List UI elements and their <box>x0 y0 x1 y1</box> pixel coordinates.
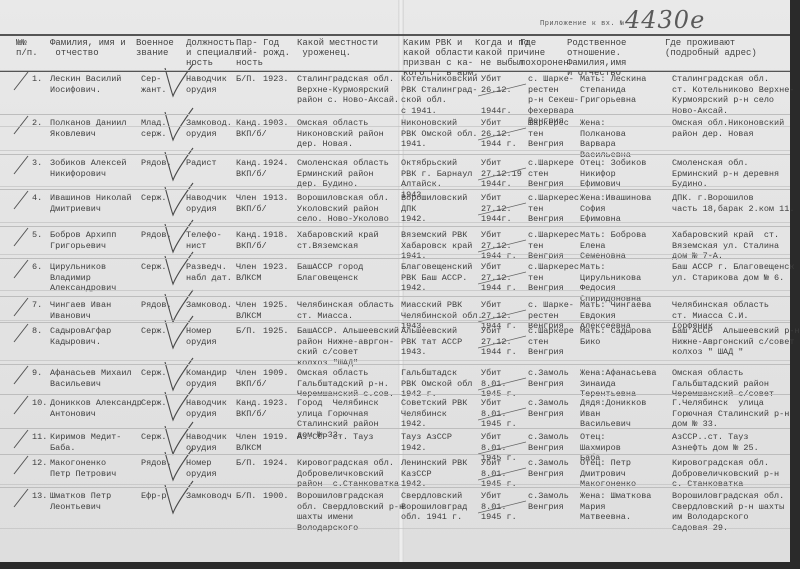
cell-birthplace: Омская область Никоновский район дер. Но… <box>297 118 384 150</box>
cell-year: 1918. <box>263 230 289 241</box>
tally-mark-icon <box>12 296 30 318</box>
cell-party: Б/П. <box>236 458 256 469</box>
cell-name: Афанасьев Михаил Васильевич <box>50 368 132 389</box>
cell-rvk: Свердловский Ворошиловград обл. 1941 г. <box>401 491 467 523</box>
column-header: Пар- тий- ность <box>236 38 263 68</box>
row-rule <box>0 296 790 297</box>
strike-mark-icon <box>478 306 528 326</box>
cell-birthplace: Смоленская область Ерминский район дер. … <box>297 158 389 190</box>
strike-mark-icon <box>478 404 528 424</box>
cell-birthplace: Ворошиловская обл. Уколовский район село… <box>297 193 389 225</box>
cell-name: Ивашинов Николай Дмитриевич <box>50 193 132 214</box>
cell-year: 1923. <box>263 398 289 409</box>
column-header: Каким РВК и какой области призван с ка- … <box>403 38 479 78</box>
cell-birthplace: БашАССР. Альшеевский район Нижне-авргон-… <box>297 326 399 368</box>
cell-relative: Жена:Ивашинова София Ефимовна <box>580 193 651 225</box>
cell-relative: Мать: Цирульникова Федосия Спиридоновна <box>580 262 641 304</box>
cell-name: СадыровАгфар Кадырович. <box>50 326 111 347</box>
cell-address: Баш АССР Альшеевский р-н Нижне-Авргонски… <box>672 326 800 358</box>
cell-name: Полканов Даниил Яковлевич <box>50 118 127 139</box>
cell-n: 1. <box>32 74 42 85</box>
strike-mark-icon <box>478 464 528 484</box>
cell-year: 1900. <box>263 491 289 502</box>
ruled-line <box>0 222 790 223</box>
cell-burial: Шаркерес тен Венгрия <box>528 118 569 150</box>
ruled-line <box>0 454 790 455</box>
ruled-line <box>0 484 790 485</box>
cell-n: 9. <box>32 368 42 379</box>
cell-address: Сталинградская обл. ст. Котельниково Вер… <box>672 74 794 116</box>
cell-rvk: Ворошиловский ДПК 1942. <box>401 193 467 225</box>
cell-burial: с.Замоль Венгрия <box>528 368 569 389</box>
tally-mark-icon <box>12 226 30 248</box>
tally-mark-icon <box>12 454 30 476</box>
cell-n: 4. <box>32 193 42 204</box>
cell-n: 5. <box>32 230 42 241</box>
ruled-line <box>0 320 790 321</box>
strike-mark-icon <box>478 236 528 256</box>
cell-burial: с.Замоль Венгрия <box>528 491 569 512</box>
column-header: №№ п/п. <box>16 38 38 58</box>
tally-mark-icon <box>12 428 30 450</box>
strike-mark-icon <box>478 497 528 517</box>
ruled-line <box>0 254 790 255</box>
cell-n: 8. <box>32 326 42 337</box>
cell-relative: Мать: Садырова Бико <box>580 326 651 347</box>
row-rule <box>0 70 790 71</box>
cell-name: Цирульников Владимир Александрович <box>50 262 116 294</box>
ruled-line <box>0 360 790 361</box>
tally-mark-icon <box>12 394 30 416</box>
cell-birthplace: БашАССР город Благовещенск <box>297 262 363 283</box>
row-rule <box>0 154 790 155</box>
cell-rvk: Тауз АзССР 1942. <box>401 432 452 453</box>
tally-mark-icon <box>12 322 30 344</box>
cell-relative: Отец: Зобиков Никифор Ефимович <box>580 158 646 190</box>
cell-rvk: Благовещенский РВК Баш АССР. 1942. <box>401 262 472 294</box>
cell-relative: Мать: Боброва Елена Семеновна <box>580 230 646 262</box>
row-rule <box>0 364 790 365</box>
row-rule <box>0 322 790 323</box>
cell-burial: с.Шаркерес тен Венгрия <box>528 230 579 262</box>
cell-address: Г.Челябинск улица Горючная Сталинский р-… <box>672 398 789 430</box>
ruled-line <box>0 126 790 127</box>
tally-mark-icon <box>12 487 30 509</box>
strike-mark-icon <box>478 164 528 184</box>
cell-burial: с.Замоль Венгрия <box>528 432 569 453</box>
column-header: Где похоронен <box>520 38 569 68</box>
column-header: Фамилия, имя и отчество <box>50 38 126 58</box>
tally-mark-icon <box>12 189 30 211</box>
cell-name: Зобиков Алексей Никифорович <box>50 158 127 179</box>
cell-name: Чингаев Иван Иванович <box>50 300 111 321</box>
stamp-number: 4430е <box>625 6 705 34</box>
cell-name: Доникков Александр Антонович <box>50 398 142 419</box>
cell-rvk: Никоновский РВК Омской обл. 1941. <box>401 118 478 150</box>
cell-birthplace: Аз.ССР ст. Тауз <box>297 432 374 443</box>
strike-mark-icon <box>478 438 528 458</box>
row-rule <box>0 114 790 115</box>
tally-mark-icon <box>12 364 30 386</box>
cell-n: 6. <box>32 262 42 273</box>
cell-name: Шматков Петр Леонтьевич <box>50 491 111 512</box>
cell-party: Б/П. <box>236 326 256 337</box>
cell-party: Член ВЛКСМ <box>236 262 262 283</box>
cell-n: 11. <box>32 432 47 443</box>
document-sheet: Приложение к вх. № 4430е №№ п/п.Фамилия,… <box>0 0 790 562</box>
cell-name: Бобров Архипп Григорьевич <box>50 230 116 251</box>
cell-name: Киримов Медит- Баба. <box>50 432 121 453</box>
cell-rvk: Котельниковский РВК Сталинград- ской обл… <box>401 74 478 116</box>
row-rule <box>0 226 790 227</box>
tally-mark-icon <box>12 70 30 92</box>
cell-party: Член ВЛКСМ <box>236 432 262 453</box>
cell-burial: с.Шаркере стен Венгрия <box>528 158 574 190</box>
cell-party: Член ВЛКСМ <box>236 300 262 321</box>
cell-n: 12. <box>32 458 47 469</box>
ruled-line <box>0 150 790 151</box>
cell-address: Ворошиловградская обл. Свердловский р-н … <box>672 491 784 533</box>
strike-mark-icon <box>478 374 528 394</box>
cell-rvk: Вяземский РВК Хабаровск край 1941. <box>401 230 472 262</box>
strike-mark-icon <box>478 124 528 144</box>
cell-year: 1923. <box>263 262 289 273</box>
strike-mark-icon <box>478 80 528 100</box>
cell-year: 1925. <box>263 326 289 337</box>
stamp-label: Приложение к вх. № <box>540 20 625 28</box>
cell-address: ДПК. г.Ворошилов часть 18,барак 2.ком 11… <box>672 193 794 214</box>
column-header: Где проживают (подробный адрес) <box>665 38 757 58</box>
cell-burial: с.Замоль Венгрия <box>528 458 569 479</box>
cell-rvk: Советский РВК Челябинск 1942. <box>401 398 467 430</box>
cell-relative: Жена: Шматкова Мария Матвеевна. <box>580 491 651 523</box>
row-rule <box>0 487 790 488</box>
column-header: Военное звание <box>136 38 174 58</box>
cell-year: 1909. <box>263 368 289 379</box>
cell-address: Смоленская обл. Ерминский р-н деревня Бу… <box>672 158 779 190</box>
cell-birthplace: Ворошиловградская обл. Свердловский р-н … <box>297 491 404 533</box>
row-rule <box>0 189 790 190</box>
cell-burial: с.Шаркере стен Венгрия <box>528 326 574 358</box>
tally-mark-icon <box>12 154 30 176</box>
cell-n: 7. <box>32 300 42 311</box>
cell-burial: с.Шаркерес тен Венгрия <box>528 193 579 225</box>
column-header: Родственное отношение. Фамилия,имя и отч… <box>567 38 626 78</box>
row-rule <box>0 258 790 259</box>
cell-address: Хабаровский край ст. Вяземская ул. Стали… <box>672 230 779 262</box>
cell-address: АзССР..ст. Тауз Азнефть дом № 25. <box>672 432 759 453</box>
ruled-line <box>0 428 790 429</box>
ruled-line <box>0 528 790 529</box>
cell-relative: Дядя:Доникков Иван Васильевич <box>580 398 646 430</box>
cell-n: 3. <box>32 158 42 169</box>
cell-party: Б/П. <box>236 74 256 85</box>
tally-mark-icon <box>12 258 30 280</box>
cell-name: Лескин Василий Иосифович. <box>50 74 121 95</box>
cell-year: 1925. <box>263 300 289 311</box>
cell-birthplace: Хабаровский край ст.Вяземская <box>297 230 379 251</box>
strike-mark-icon <box>478 332 528 352</box>
ruled-line <box>0 290 790 291</box>
ruled-line <box>0 186 790 187</box>
header-top-rule <box>0 34 790 36</box>
cell-burial: с.Шаркерес тен Венгрия <box>528 262 579 294</box>
column-header: Год рожд. <box>263 38 290 58</box>
cell-address: Баш АССР г. Благовещенск ул. Старикова д… <box>672 262 794 283</box>
cell-year: 1924. <box>263 158 289 169</box>
cell-relative: Мать: Лескина Степанида Григорьевна <box>580 74 646 106</box>
cell-birthplace: Челябинская область ст. Миасса. <box>297 300 394 321</box>
cell-burial: с.Замоль Венгрия <box>528 398 569 419</box>
cell-birthplace: Сталинградская обл. Верхне-Курмоярский р… <box>297 74 399 106</box>
cell-year: 1919. <box>263 432 289 443</box>
strike-mark-icon <box>478 199 528 219</box>
column-header: Какой местности уроженец. <box>297 38 378 58</box>
cell-year: 1924. <box>263 458 289 469</box>
cell-year: 1923. <box>263 74 289 85</box>
strike-mark-icon <box>478 268 528 288</box>
tally-mark-icon <box>12 114 30 136</box>
cell-n: 13. <box>32 491 47 502</box>
cell-rvk: Альшеевский РВК тат АССР 1943. <box>401 326 462 358</box>
cell-name: Макогоненко Петр Петрович <box>50 458 116 479</box>
ruled-line <box>0 394 790 395</box>
cell-party: Б/П. <box>236 491 256 502</box>
cell-year: 1913. <box>263 193 289 204</box>
cell-address: Омская обл.Никоновский район дер. Новая <box>672 118 784 139</box>
cell-n: 10. <box>32 398 47 409</box>
